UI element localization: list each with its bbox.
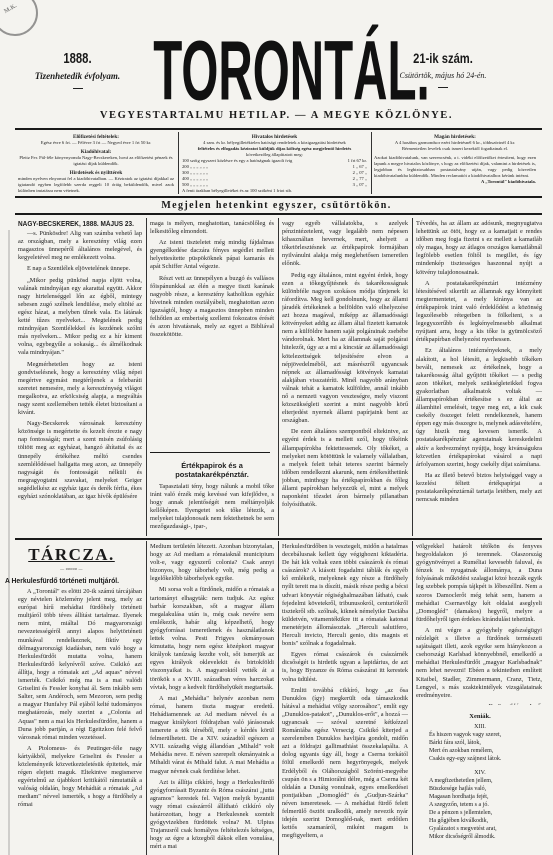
paragraph: Részt vett az ünnepélyen a buzgó és vall… — [150, 275, 274, 340]
info-center: Hivatalos hirdetések 4 szm. és kr. bélye… — [182, 134, 367, 194]
feuilleton-rule — [15, 538, 542, 540]
author-signature: Dr. Szentkláray Jenő. — [416, 703, 542, 705]
masthead: 1888. Tizenhetedik évfolyam. TORONTÁL. 2… — [0, 0, 553, 120]
tarcza-header: TÁRCZA. — ooooo — — [0, 545, 143, 571]
paragraph: Herkulesfürdőben is vesztegelt, midőn a … — [282, 543, 408, 648]
poem-line: Csakis egy-egy szájnest látok. — [425, 755, 535, 763]
column-1: NAGY-BECSKEREK, 1888. MÁJUS 23. —s. Pünk… — [18, 220, 142, 535]
paragraph: völgyekkel határolt tétőkön és fenyves h… — [416, 543, 542, 624]
poem-line: A megfizethetetlen jellem, — [425, 777, 535, 785]
ads-text: minden nyelven elnyomat fel a kiadóhivat… — [18, 176, 174, 194]
subtitle: VEGYESTARTALMU HETILAP. — A MEGYE KÖZLÖN… — [0, 110, 553, 121]
divider — [73, 88, 83, 89]
paragraph: Emliti továbbá cikkíró, hogy „az ősa Dun… — [282, 687, 408, 841]
banner-bottom-rule — [15, 213, 542, 215]
paragraph: Mi sorsa volt a fürdőnek, midőn a rómaia… — [150, 586, 274, 691]
publication-banner: Megjelen hetenkint egyszer, csütörtökön. — [0, 200, 553, 211]
tarcza-column: A „Torontál" es elötti 20-ik számú tárcá… — [18, 588, 142, 853]
paragraph: De ezen általános szempontból eltekintve… — [282, 428, 408, 509]
poem-line: Gyalázatot s megvetést arat, — [425, 825, 535, 833]
poem-title: Xeniák. — [425, 713, 535, 721]
private-ads-line: Bérmentetlen levelek csak ismert kezektő… — [374, 146, 536, 152]
column-divider — [278, 541, 279, 855]
stanza-number: XIV. — [425, 769, 535, 777]
column-3-bottom: Herkulesfürdőben is vesztegelt, midőn a … — [282, 543, 408, 853]
paragraph: Megmérhetetlen hogy az isteni gondviselé… — [18, 361, 142, 418]
paragraph: Tapasztalati tény, hogy nálunk a mobil t… — [150, 483, 274, 532]
paragraph: Ha az illető betevő biztos helyiséggel v… — [416, 472, 542, 504]
paragraph: A postatakarékpénztári intézmény létesít… — [416, 280, 542, 345]
banner-top-rule — [15, 196, 542, 198]
column-divider — [412, 541, 413, 855]
paragraph: A „Torontál" es elötti 20-ik számú tárcá… — [18, 588, 142, 742]
poem-line: Magasan hordhatja fejét, — [425, 793, 535, 801]
poem-line: Mert én azokban remélem, — [425, 747, 535, 755]
publisher-signature: A „Torontál" kiadóhivatala. — [374, 179, 536, 185]
divider — [438, 87, 448, 88]
subscription-text: Egész évre 6 frt. — Félévre 3 frt — Negy… — [18, 140, 174, 146]
newspaper-page: M.K. 1888. Tizenhetedik évfolyam. TORONT… — [0, 0, 553, 855]
section-rule — [150, 452, 270, 453]
column-4: Tévedés, ha az állam az adósunk, megnyug… — [416, 220, 542, 535]
masthead-left: 1888. Tizenhetedik évfolyam. — [25, 50, 130, 89]
rate-price: 3 „ 07 „ — [353, 182, 367, 188]
column-divider — [146, 218, 147, 536]
paragraph: Ez általános intézményeknek, a mely alak… — [416, 347, 542, 468]
issue-date: Csütörtök, május hó 24-én. — [378, 71, 508, 80]
tarcza-title: A Herkulesfürdő történeti multjáról. — [5, 576, 135, 585]
column-divider — [278, 218, 279, 536]
column-4-bottom: völgyekkel határolt tétőkön és fenyves h… — [416, 543, 542, 705]
volume: Tizenhetedik évfolyam. — [25, 71, 130, 81]
paragraph: maga is mélyen, meghatottan, tanácsölőle… — [150, 220, 274, 236]
office-text: Pleitz Fer. Pál-féle könyvnyomda Nagy-Be… — [18, 155, 174, 167]
paragraph: „Mikor pedig pünkösd napja eljött volna,… — [18, 277, 142, 358]
column-divider — [146, 541, 147, 855]
paragraph: E nap a Szentlélek eljövetelének ünnepe. — [18, 265, 142, 273]
article-ertekpapirok: Értékpapirok és a postatakarékpénztár. T… — [150, 455, 274, 535]
year: 1888. — [38, 50, 117, 67]
private-ads-body: Azokat kiadóhivatalunk, van szerencsénk,… — [374, 155, 536, 179]
paragraph: Nagy-Becskerek városának keresztény közö… — [18, 420, 142, 501]
poem-line: De a pénzen s jellemtelen, — [425, 809, 535, 817]
paragraph: Pedig egy általános, mint egyéni érdek, … — [282, 272, 408, 426]
article-title: Értékpapirok és a postatakarékpénztár. — [150, 461, 274, 479]
paragraph: Medium területén létezett. Azonban bizon… — [150, 543, 274, 583]
poem-xeniak: Xeniák. XIII. És hiszen vagyok vagy szer… — [425, 713, 535, 847]
paragraph: A mi végre a gyógyhely egészségügyi nézl… — [416, 627, 542, 700]
column-3: vagy egyéb vállalatokba, s azelyek pénzi… — [282, 220, 408, 535]
paragraph: —s. Pünkösdre! Alig van számba vehető la… — [18, 230, 142, 262]
paragraph: A mai „Mehádia" helynév azonban nem róma… — [150, 695, 274, 776]
issue-number: 21-ik szám. — [391, 50, 495, 66]
poem-line: Büszkesége hajlás való, — [425, 785, 535, 793]
header-rule — [15, 128, 542, 130]
paragraph: A Ptolomeus- és Peutinger-féle nagy kárt… — [18, 745, 142, 810]
poem-line: És hiszen vagyok vagy szeret, — [425, 731, 535, 739]
column-divider — [178, 132, 179, 194]
column-2: maga is mélyen, meghatottan, tanácsölőle… — [150, 220, 274, 448]
tarcza-ornament: — ooooo — — [0, 566, 143, 571]
paragraph: vagy egyéb vállalatokba, s azelyek pénzi… — [282, 220, 408, 269]
info-left: Előfizetési feltételek: Egész évre 6 frt… — [18, 134, 174, 194]
scan-fold-shadow — [8, 230, 10, 855]
column-divider — [412, 218, 413, 536]
paragraph: Az isteni tiszteletet még mindig fájdalm… — [150, 239, 274, 271]
tarcza-label: TÁRCZA. — [0, 545, 143, 565]
poem-line: Bárki fára szól, látok, — [425, 739, 535, 747]
paragraph: Egyes római császárok és császárnék dics… — [282, 651, 408, 683]
stanza-number: XIII. — [425, 723, 535, 731]
poem-line: Mikor dicsőségről álmodik. — [425, 833, 535, 841]
paragraph: Tévedés, ha az állam az adósunk, megnyug… — [416, 220, 542, 277]
info-right: Magán hirdetések: A 4 hasábos garmondsor… — [374, 134, 536, 185]
poem-line: A szegyzőn, tetem s a jó. — [425, 801, 535, 809]
newspaper-title: TORONTÁL. — [153, 30, 365, 114]
dateline: NAGY-BECSKEREK, 1888. MÁJUS 23. — [18, 220, 123, 228]
poem-stanza: XIII. És hiszen vagyok vagy szeret, Bárk… — [425, 723, 535, 763]
poem-stanza: XIV. A megfizethetetlen jellem, Büszkesé… — [425, 769, 535, 841]
paragraph: Azt is állítja cikkíró, hogy a Herkulesf… — [150, 779, 274, 852]
column-divider — [371, 132, 372, 194]
column-2-bottom: Medium területén létezett. Azonban bizon… — [150, 543, 274, 853]
masthead-right: 21-ik szám. Csütörtök, május hó 24-én. — [378, 50, 508, 88]
rates-footer: A fenti árakban bélyegilletéket és az 10… — [182, 188, 367, 194]
poem-line: Ha gőgjében kiválkodik, — [425, 817, 535, 825]
